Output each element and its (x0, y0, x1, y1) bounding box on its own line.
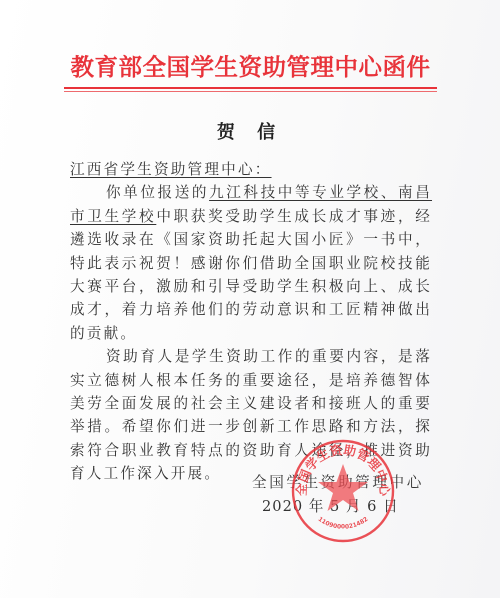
document-title: 贺 信 (0, 118, 500, 144)
letterhead-rule-thin (64, 91, 437, 92)
paragraph-1: 你单位报送的九江科技中等专业学校、南昌市卫生学校中职获奖受助学生成长成才事迹，经… (70, 181, 432, 345)
signature-organization: 全国学生资助管理中心 (252, 471, 424, 492)
svg-text:1109000021482: 1109000021482 (317, 516, 370, 531)
addressee: 江西省学生资助管理中心： (70, 158, 432, 181)
paragraph-1-rest: 中职获奖受助学生成长成才事迹，经遴选收录在《国家资助托起大国小匠》一书中，特此表… (70, 208, 432, 342)
document-page: 教育部全国学生资助管理中心函件 贺 信 江西省学生资助管理中心： 你单位报送的九… (0, 0, 500, 598)
paragraph-2: 资助育人是学生资助工作的重要内容，是落实立德树人根本任务的重要途径，是培养德智体… (70, 345, 432, 485)
paragraph-1-lead: 你单位报送的 (106, 184, 209, 201)
addressee-text: 江西省学生资助管理中心： (70, 161, 272, 178)
letterhead-rule-thick (64, 87, 437, 89)
letter-body: 江西省学生资助管理中心： 你单位报送的九江科技中等专业学校、南昌市卫生学校中职获… (70, 158, 432, 486)
letterhead-title: 教育部全国学生资助管理中心函件 (64, 48, 437, 82)
signature-date: 2020 年 5 月 6 日 (262, 495, 399, 516)
